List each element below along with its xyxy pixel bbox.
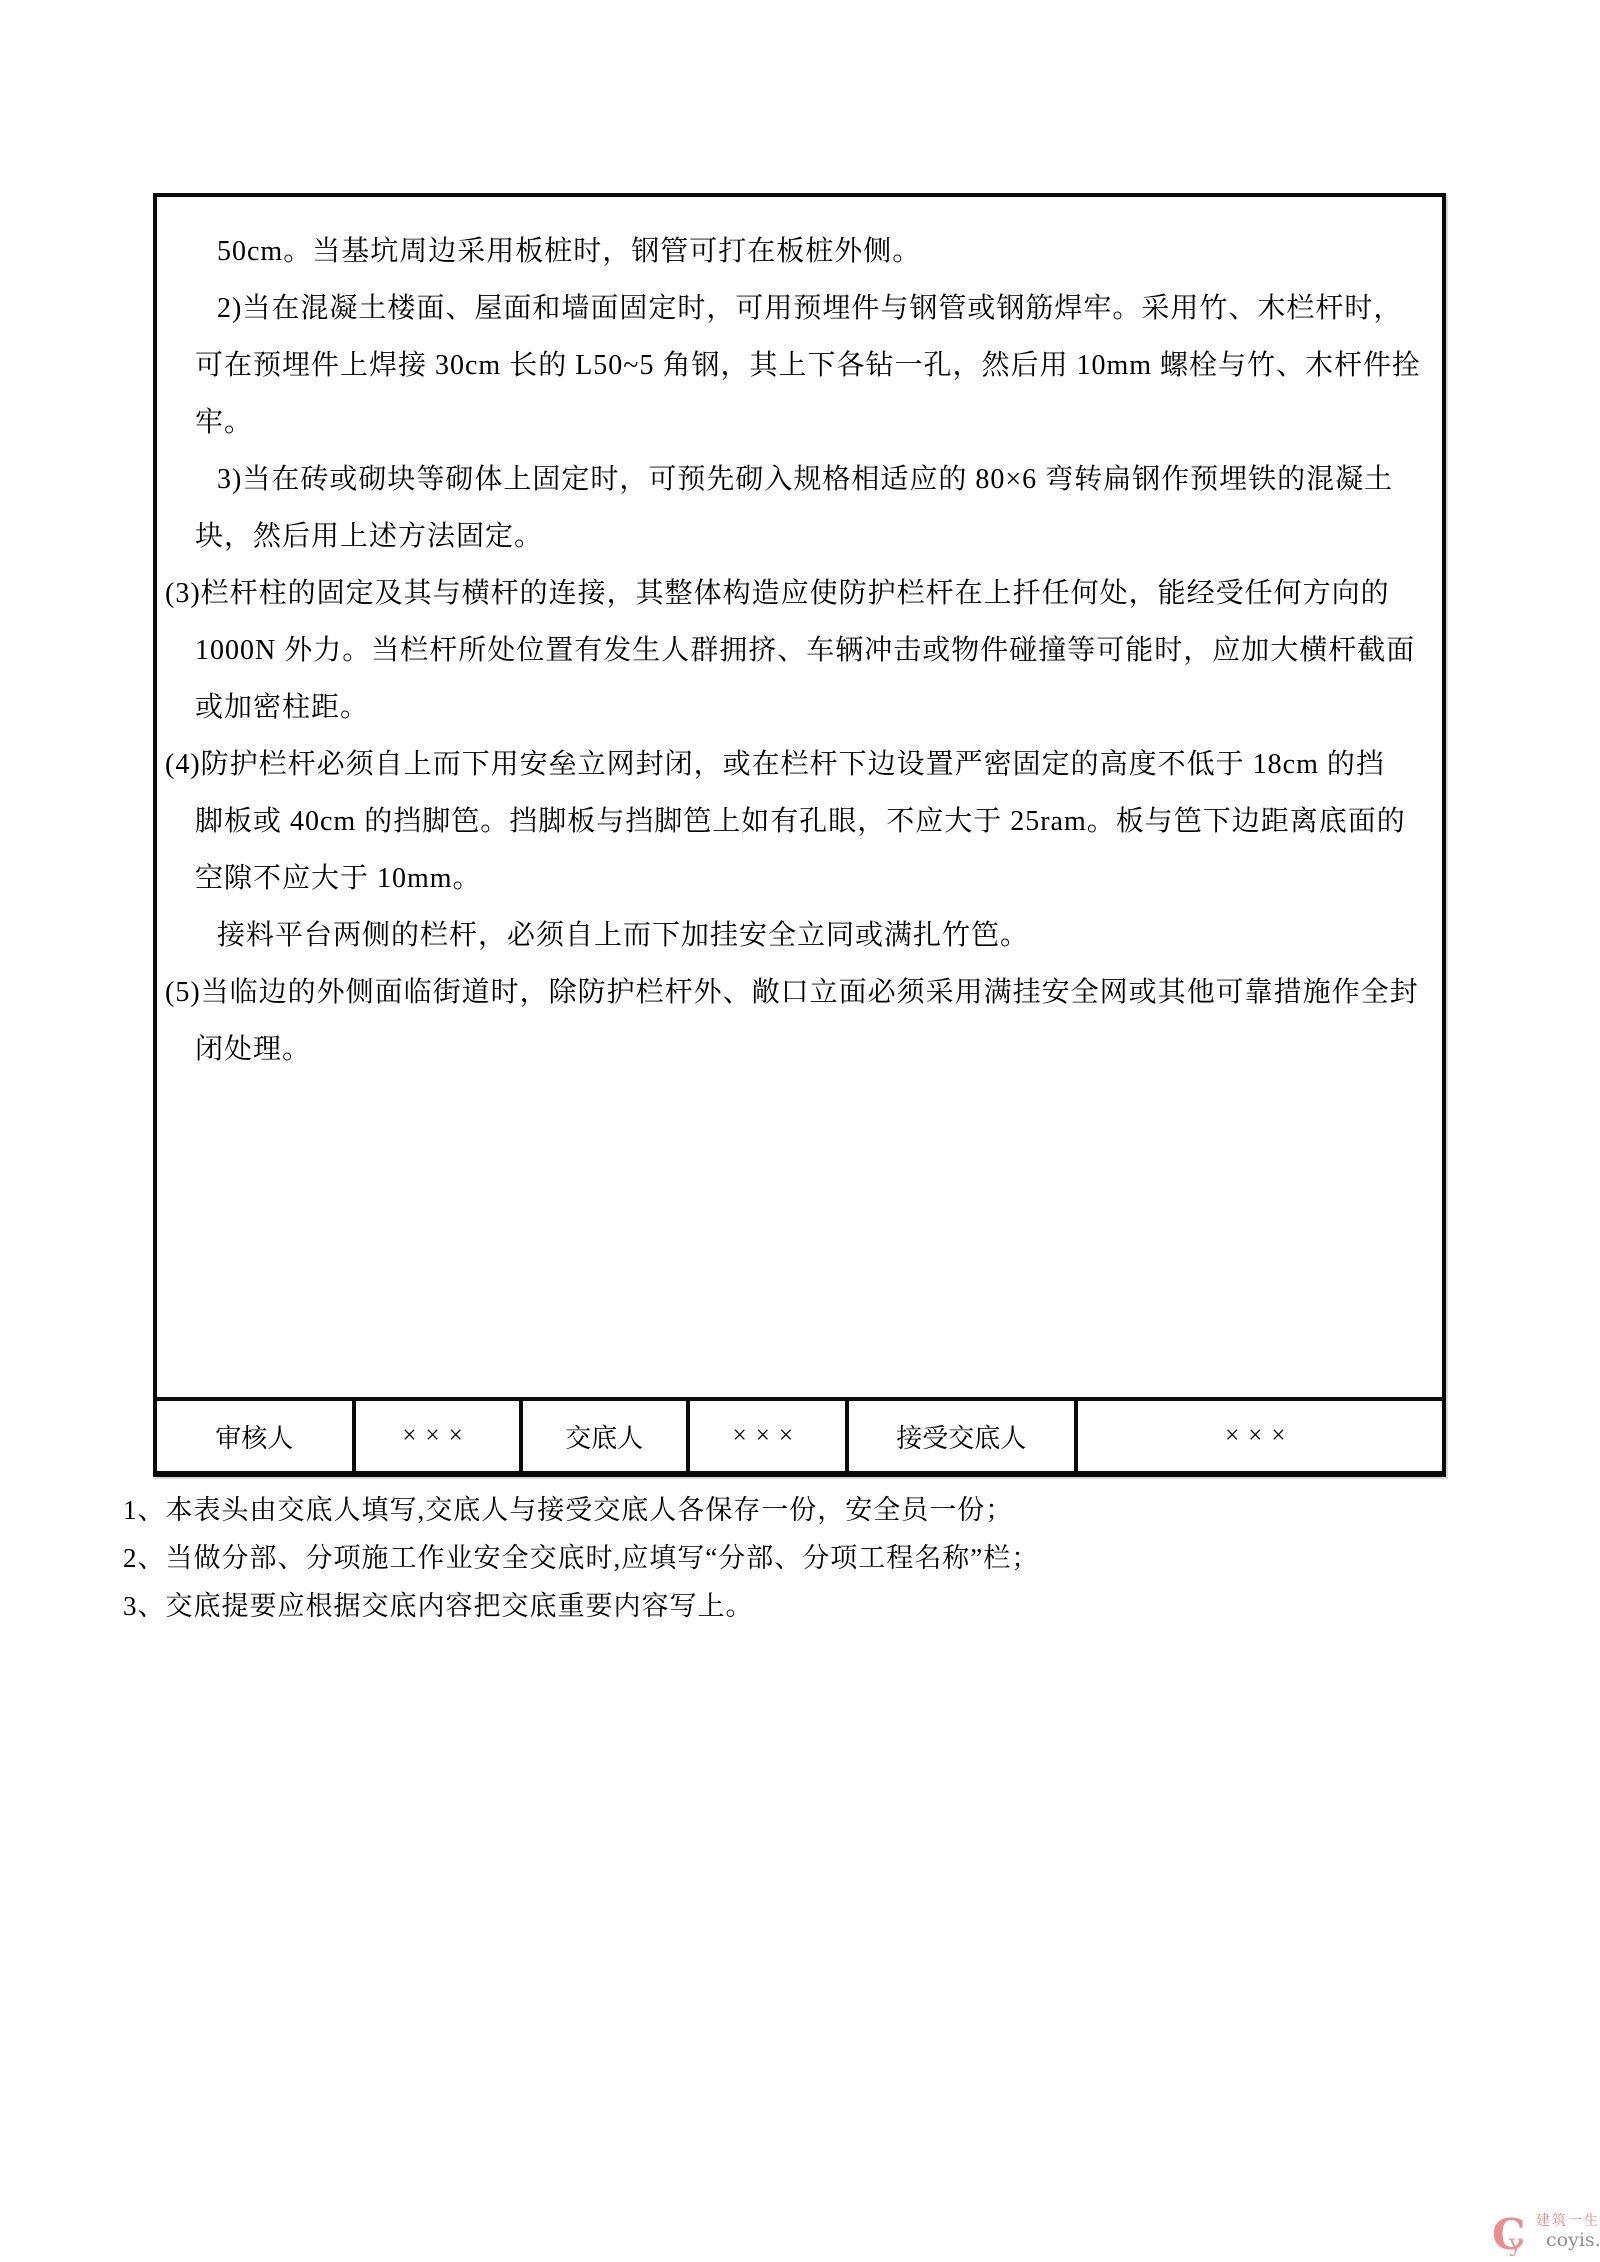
logo-letter-y: y [1509,2231,1523,2255]
text-line: 50cm。当基坑周边采用板桩时，钢管可打在板桩外侧。 [157,223,1442,280]
text-line: 块，然后用上述方法固定。 [157,508,1442,565]
footnote-line: 3、交底提要应根据交底内容把交底重要内容写上。 [123,1582,1423,1630]
text-line: (5)当临边的外侧面临街道时，除防护栏杆外、敞口立面必须采用满挂安全网或其他可靠… [157,964,1442,1021]
text-line: 牢。 [157,394,1442,451]
text-line: 3)当在砖或砌块等砌体上固定时，可预先砌入规格相适应的 80×6 弯转扁钢作预埋… [157,451,1442,508]
text-line: 接料平台两侧的栏杆，必须自上而下加挂安全立同或满扎竹笆。 [157,907,1442,964]
text-line: 空隙不应大于 10mm。 [157,850,1442,907]
text-line: (4)防护栏杆必须自上而下用安垒立网封闭，或在栏杆下边设置严密固定的高度不低于 … [157,736,1442,793]
coyis-logo-icon: C y [1492,2214,1532,2258]
text-line: 2)当在混凝土楼面、屋面和墙面固定时，可用预埋件与钢管或钢筋焊牢。采用竹、木栏杆… [157,280,1442,337]
signature-value-cell: ××× [690,1401,849,1471]
watermark-site-url: coyis.com [1546,2229,1600,2251]
signature-label-cell: 审核人 [157,1401,356,1471]
footnote-line: 2、当做分部、分项施工作业安全交底时,应填写“分部、分项工程名称”栏； [123,1534,1423,1582]
watermark: C y 建筑一生 coyis.com [1492,2214,1600,2258]
text-line: 1000N 外力。当栏杆所处位置有发生人群拥挤、车辆冲击或物件碰撞等可能时，应加… [157,622,1442,679]
signature-label-cell: 交底人 [523,1401,690,1471]
signature-value-cell: ××× [356,1401,523,1471]
document-body: 50cm。当基坑周边采用板桩时，钢管可打在板桩外侧。2)当在混凝土楼面、屋面和墙… [157,197,1442,1397]
text-line: 闭处理。 [157,1021,1442,1078]
text-line: 可在预埋件上焊接 30cm 长的 L50~5 角钢，其上下各钻一孔，然后用 10… [157,337,1442,394]
text-line: (3)栏杆柱的固定及其与横杆的连接，其整体构造应使防护栏杆在上扦任何处，能经受任… [157,565,1442,622]
watermark-text: 建筑一生 coyis.com [1536,2214,1600,2251]
signature-label-cell: 接受交底人 [849,1401,1078,1471]
text-line: 脚板或 40cm 的挡脚笆。挡脚板与挡脚笆上如有孔眼，不应大于 25ram。板与… [157,793,1442,850]
footnotes: 1、本表头由交底人填写,交底人与接受交底人各保存一份，安全员一份；2、当做分部、… [123,1486,1423,1630]
signature-value-cell: ××× [1078,1401,1442,1471]
signature-table-row: 审核人×××交底人×××接受交底人××× [157,1397,1442,1471]
document-page-box: 50cm。当基坑周边采用板桩时，钢管可打在板桩外侧。2)当在混凝土楼面、屋面和墙… [153,193,1446,1477]
text-line: 或加密柱距。 [157,679,1442,736]
footnote-line: 1、本表头由交底人填写,交底人与接受交底人各保存一份，安全员一份； [123,1486,1423,1534]
watermark-site-name: 建筑一生 [1536,2214,1600,2229]
